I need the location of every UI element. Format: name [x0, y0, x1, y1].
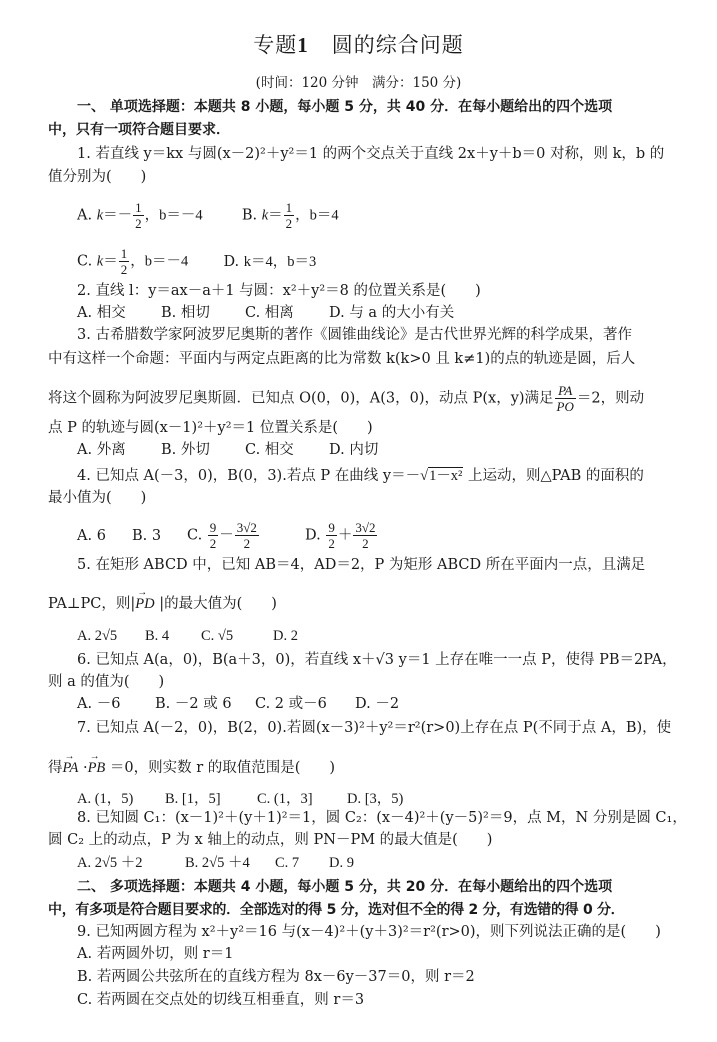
option-b: B. 3: [132, 526, 187, 546]
question-8: 8. 已知圆 C₁：(x－1)²＋(y＋1)²＝1，圆 C₂：(x－4)²＋(y…: [77, 808, 677, 828]
question-5: 5. 在矩形 ABCD 中，已知 AB＝4，AD＝2，P 为矩形 ABCD 所在…: [77, 555, 677, 575]
title-prefix: 专题: [253, 33, 297, 57]
option-c: C. 相交: [245, 440, 329, 460]
option-c: C. 92－3√22: [187, 520, 305, 551]
option-d: D. 与 a 的大小有关: [329, 303, 454, 323]
question-9: 9. 已知两圆方程为 x²＋y²＝16 与(x－4)²＋(y＋3)²＝r²(r>…: [77, 922, 677, 942]
option-b: B. 外切: [161, 440, 245, 460]
section2-heading-cont: 中，有多项是符合题目要求的．全部选对的得 5 分，选对但不全的得 2 分，有选错…: [48, 900, 677, 920]
question-6-options: A. －6B. －2 或 6C. 2 或－6D. －2: [77, 694, 677, 714]
option-c: C. 7: [275, 853, 329, 873]
question-2: 2. 直线 l：y＝ax－a＋1 与圆：x²＋y²＝8 的位置关系是( ): [77, 281, 677, 301]
option-d: D. 内切: [329, 440, 378, 460]
question-9-option-b: B. 若两圆公共弦所在的直线方程为 8x－6y－37＝0，则 r＝2: [77, 967, 677, 987]
exam-info: (时间：120 分钟 满分：150 分): [0, 74, 717, 92]
page-title: 专题1 圆的综合问题: [0, 30, 717, 60]
option-a: A. 6: [77, 526, 132, 546]
question-3: 3. 古希腊数学家阿波罗尼奥斯的著作《圆锥曲线论》是古代世界光辉的科学成果，著作: [77, 325, 677, 345]
option-a: A. 外离: [77, 440, 161, 460]
question-1-options-ab: A. k＝－12，b＝－4 B. k＝12，b＝4: [77, 200, 677, 231]
option-a: A. (1，5): [77, 789, 165, 809]
option-a: A. 2√5: [77, 626, 145, 646]
section1-heading: 一、 单项选择题：本题共 8 小题，每小题 5 分，共 40 分．在每小题给出的…: [77, 97, 677, 117]
question-1: 1. 若直线 y＝kx 与圆(x－2)²＋y²＝1 的两个交点关于直线 2x＋y…: [77, 144, 677, 164]
option-b: B. 相切: [161, 303, 245, 323]
option-c: C. k＝12，b＝－4: [77, 246, 188, 277]
section2-heading: 二、 多项选择题：本题共 4 小题，每小题 5 分，共 20 分．在每小题给出的…: [77, 877, 677, 897]
question-3-cont1: 中有这样一个命题：平面内与两定点距离的比为常数 k(k>0 且 k≠1)的点的轨…: [48, 349, 677, 369]
option-d: D. k＝4，b＝3: [223, 252, 316, 272]
option-b: B. [1，5]: [165, 789, 257, 809]
title-number: 1: [297, 33, 309, 57]
option-b: B. 2√5 ＋4: [185, 853, 275, 873]
option-c: C. 2 或－6: [255, 694, 355, 714]
title-main: 圆的综合问题: [332, 33, 464, 57]
question-7-cont: 得PA ·PB ＝0，则实数 r 的取值范围是( ): [48, 758, 677, 778]
option-c: C. (1，3]: [257, 789, 347, 809]
option-d: D. 92＋3√22: [305, 520, 378, 551]
question-1-options-cd: C. k＝12，b＝－4 D. k＝4，b＝3: [77, 246, 677, 277]
question-5-cont: PA⊥PC，则|PD |的最大值为( ): [48, 594, 677, 614]
option-d: D. [3，5): [347, 789, 403, 809]
question-1-cont: 值分别为( ): [48, 167, 677, 187]
option-c: C. 相离: [245, 303, 329, 323]
option-a: A. 2√5 ＋2: [77, 853, 185, 873]
question-4-cont: 最小值为( ): [48, 488, 677, 508]
section1-heading-cont: 中，只有一项符合题目要求．: [48, 120, 677, 140]
document-page: 专题1 圆的综合问题 (时间：120 分钟 满分：150 分) 一、 单项选择题…: [0, 0, 717, 1042]
option-b: B. k＝12，b＝4: [242, 200, 339, 231]
question-9-option-a: A. 若两圆外切，则 r＝1: [77, 944, 677, 964]
option-b: B. －2 或 6: [155, 694, 255, 714]
option-d: D. －2: [355, 694, 399, 714]
option-a: A. 相交: [77, 303, 161, 323]
question-7-options: A. (1，5)B. [1，5]C. (1，3]D. [3，5): [77, 789, 677, 809]
question-3-cont3: 点 P 的轨迹与圆(x－1)²＋y²＝1 位置关系是( ): [48, 418, 677, 438]
question-6: 6. 已知点 A(a，0)，B(a＋3，0)，若直线 x＋√3 y＝1 上存在唯…: [77, 650, 677, 670]
question-4: 4. 已知点 A(－3，0)，B(0，3).若点 P 在曲线 y＝－√1－x² …: [77, 466, 677, 486]
question-3-cont2: 将这个圆称为阿波罗尼奥斯圆．已知点 O(0，0)，A(3，0)，动点 P(x，y…: [48, 383, 677, 414]
option-a: A. k＝－12，b＝－4: [77, 200, 203, 231]
option-b: B. 4: [145, 626, 201, 646]
question-5-options: A. 2√5B. 4C. √5D. 2: [77, 626, 677, 646]
question-3-options: A. 外离B. 外切C. 相交D. 内切: [77, 440, 677, 460]
option-d: D. 2: [273, 626, 298, 646]
question-6-cont: 则 a 的值为( ): [48, 672, 677, 692]
question-8-cont: 圆 C₂ 上的动点，P 为 x 轴上的动点，则 PN－PM 的最大值是( ): [48, 830, 677, 850]
question-7: 7. 已知点 A(－2，0)，B(2，0).若圆(x－3)²＋y²＝r²(r>0…: [77, 718, 677, 738]
option-c: C. √5: [201, 626, 273, 646]
option-d: D. 9: [329, 853, 354, 873]
question-2-options: A. 相交B. 相切C. 相离D. 与 a 的大小有关: [77, 303, 677, 323]
question-9-option-c: C. 若两圆在交点处的切线互相垂直，则 r＝3: [77, 990, 677, 1010]
question-4-options: A. 6B. 3C. 92－3√22D. 92＋3√22: [77, 520, 677, 551]
question-8-options: A. 2√5 ＋2B. 2√5 ＋4C. 7D. 9: [77, 853, 677, 873]
option-a: A. －6: [77, 694, 155, 714]
